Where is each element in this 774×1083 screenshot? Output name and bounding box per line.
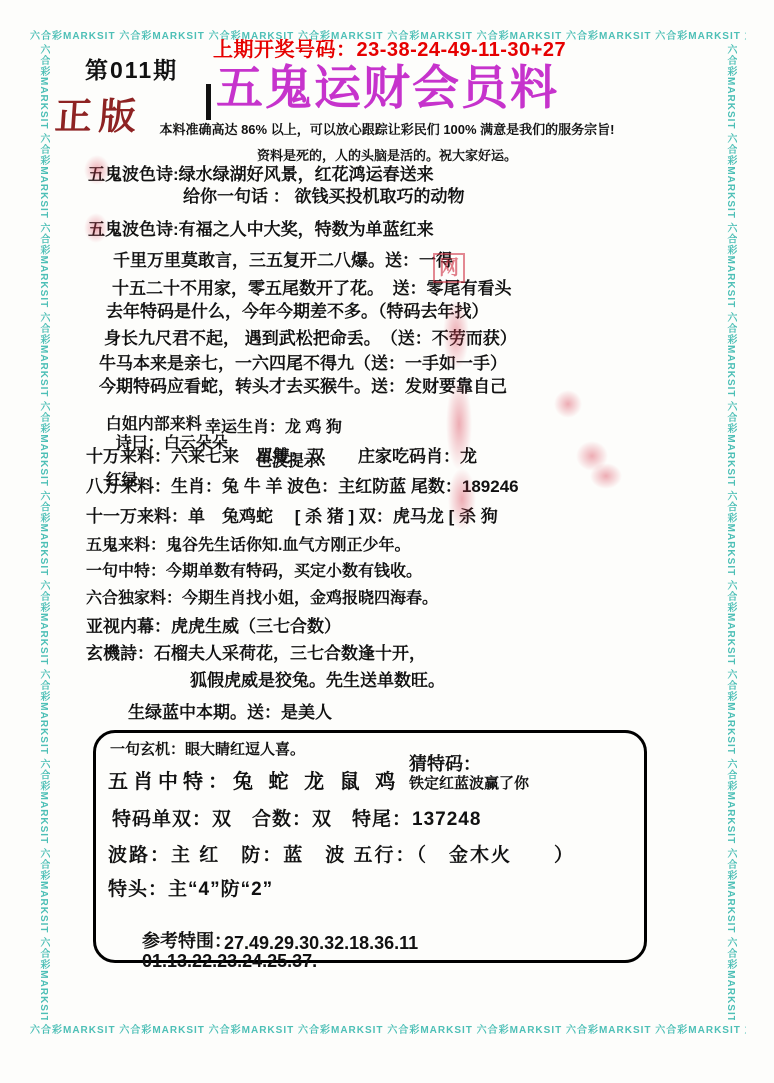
atv-insider-line: 亚视内幕：虎虎生威（三七合数） — [86, 617, 341, 637]
guess-special-line: 猜特码： 铁定红蓝波赢了你 — [384, 737, 529, 809]
mystery-poem-line-2: 狐假虎威是狡兔。先生送单数旺。 — [190, 671, 445, 691]
mystery-poem-line-1: 玄機詩：石榴夫人采荷花，三七合数逢十开， — [86, 644, 426, 664]
special-odd-even-line: 特码单双：双 合数：双 特尾：137248 — [112, 809, 481, 831]
verse-line-2: 十五二十不用家，零五尾数开了花。 送：零尾有看头 — [112, 279, 512, 299]
special-head-line: 特头：主“4”防“2” — [108, 879, 273, 901]
guess-special-label: 猜特码： — [409, 754, 481, 774]
one-sentence-special-line: 一句中特：今期单数有特码，买定小数有钱收。 — [86, 563, 422, 581]
verse-line-1: 千里万里莫敢言，三五复开二八爆。送：一得 — [113, 251, 453, 271]
border-bottom-text: 六合彩MARKSIT 六合彩MARKSIT 六合彩MARKSIT 六合彩MARK… — [30, 1021, 746, 1036]
red-stamp — [590, 463, 622, 489]
wave-poem-2: 五鬼波色诗:有福之人中大奖，特数为单蓝红来 — [88, 220, 434, 240]
page-title: 五鬼运财会员料 — [216, 61, 559, 115]
material-80k-line: 八万来料：生肖：兔 牛 羊 波色：主红防蓝 尾数：189246 — [86, 477, 519, 497]
reference-numbers-values-1: 01.13.22.23.24.25.37. — [142, 951, 317, 971]
material-110k-line: 十一万来料：单 兔鸡蛇 [ 杀 猪 ] 双：虎马龙 [ 杀 狗 — [86, 507, 498, 527]
green-blue-line: 生绿蓝中本期。送：是美人 — [128, 703, 332, 723]
baijie-label: 白姐内部来料 — [106, 416, 202, 433]
title-divider-bar — [206, 84, 211, 120]
accuracy-slogan: 本料准确高达 86% 以上，可以放心跟踪让彩民们 100% 满意是我们的服务宗旨… — [0, 123, 774, 138]
material-100k-line: 十万来料：六来七来 單雙：双 庄家吃码肖：龙 — [86, 447, 477, 467]
verse-line-5: 牛马本来是亲七，一六四尾不得九（送：一手如一手） — [99, 354, 507, 374]
red-stamp — [554, 390, 582, 418]
reference-numbers-line-2: 27.49.29.30.32.18.36.11 — [224, 933, 418, 954]
five-zodiac-special-line: 五肖中特：兔 蛇 龙 鼠 鸡 — [108, 771, 400, 794]
exclusive-material-line: 六合独家料：今期生肖找小姐，金鸡报晓四海春。 — [86, 590, 438, 608]
verse-line-6: 今期特码应看蛇，转头才去买猴牛。送：发财要靠自己 — [99, 377, 507, 397]
border-left-text: 六合彩MARKSIT 六合彩MARKSIT 六合彩MARKSIT 六合彩MARK… — [36, 44, 51, 1020]
five-ghost-material-line: 五鬼来料：鬼谷先生话你知.血气方刚正少年。 — [86, 537, 410, 555]
mystery-phrase: 一句玄机：眼大睛红逗人喜。 — [110, 741, 305, 758]
lucky-zodiac-line: 幸运生肖：龙 鸡 狗 — [205, 419, 342, 437]
issue-number: 第011期 — [85, 57, 178, 83]
motto-line: 资料是死的，人的头脑是活的。祝大家好运。 — [0, 149, 774, 164]
previous-draw-numbers: 上期开奖号码：23-38-24-49-11-30+27 — [213, 39, 566, 62]
verse-line-3: 去年特码是什么，今年今期差不多。（特码去年找） — [106, 302, 489, 322]
guess-special-value: 铁定红蓝波赢了你 — [409, 775, 529, 792]
prediction-box: 一句玄机：眼大睛红逗人喜。 猜特码： 铁定红蓝波赢了你 五肖中特：兔 蛇 龙 鼠… — [93, 730, 647, 963]
verse-line-4: 身长九尺君不起， 遇到武松把命丢。 （送：不劳而获） — [104, 329, 517, 349]
wave-poem-1-line-2: 给你一句话 ： 欲钱买投机取巧的动物 — [183, 187, 464, 207]
border-right-text: 六合彩MARKSIT 六合彩MARKSIT 六合彩MARKSIT 六合彩MARK… — [723, 44, 738, 1020]
reference-numbers-label: 参考特围： — [142, 931, 232, 951]
red-stamp — [576, 441, 608, 471]
wave-poem-1-line-1: 五鬼波色诗:绿水绿湖好风景，红花鸿运春送来 — [88, 165, 434, 185]
wave-road-line: 波路：主 红 防：蓝 波 五行：（ 金木火 ） — [108, 845, 575, 867]
tip-sheet-page: 六合彩MARKSIT 六合彩MARKSIT 六合彩MARKSIT 六合彩MARK… — [0, 0, 774, 1083]
